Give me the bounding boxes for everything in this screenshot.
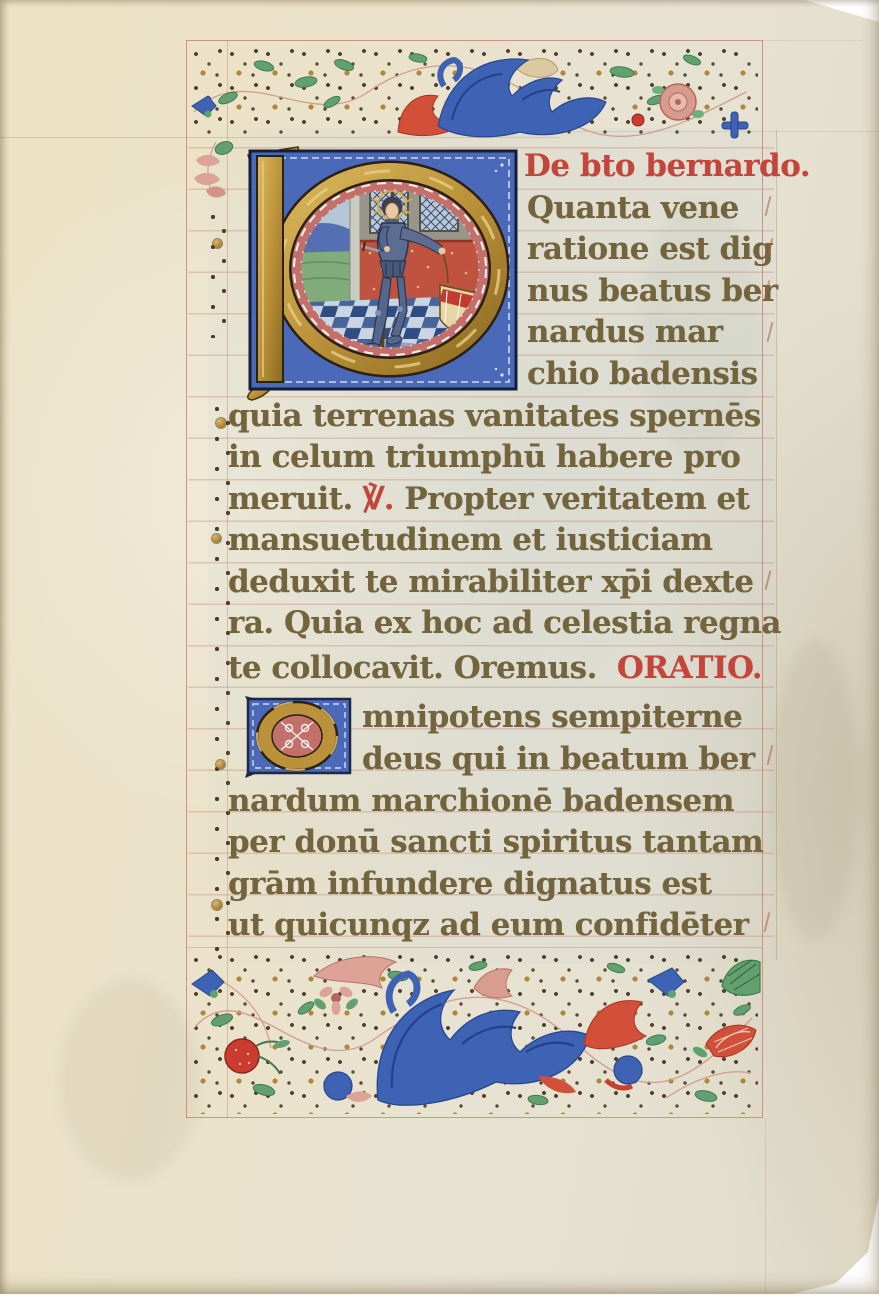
- text-line: mnipotens sempiterne: [362, 699, 742, 735]
- face: [386, 203, 399, 219]
- text-line: quia terrenas vanitates spernēs: [228, 398, 761, 434]
- initial-O-graphic: [243, 694, 357, 780]
- text-line: nardum marchionē badensem: [228, 783, 734, 819]
- fan-flower-icon: [691, 1025, 756, 1059]
- line-filler: [767, 745, 773, 765]
- gold-bezant: [212, 534, 221, 543]
- text-line: Quanta vene: [527, 190, 739, 226]
- hand: [439, 248, 446, 255]
- page-leaf: De bto bernardo. Quanta vene ratione est…: [0, 0, 879, 1294]
- text-line: in celum triumphū habere pro: [228, 439, 741, 475]
- parchment-stain: [60, 980, 200, 1180]
- strawberry-icon: [225, 1039, 291, 1074]
- rose-icon: [652, 84, 704, 120]
- text-line: deus qui in beatum ber: [362, 741, 755, 777]
- pink-bud-icon: [474, 969, 512, 998]
- text-line: nardus mar: [527, 314, 723, 350]
- gold-bezant: [216, 418, 226, 428]
- bottom-border-foliage: [186, 948, 762, 1118]
- versicle-mark: ℣.: [363, 481, 394, 517]
- cornflower-icon: [192, 970, 224, 998]
- line-filler: [765, 570, 771, 590]
- gold-bezant: [213, 239, 222, 248]
- ruling-extension: [765, 1118, 766, 1294]
- knee-poleyn: [397, 306, 403, 312]
- oratio-rubric: ORATIO.: [617, 650, 762, 686]
- pink-acanthus-icon: [314, 957, 396, 988]
- line-filler: [767, 322, 773, 342]
- line-filler: [765, 196, 771, 216]
- text-line: ratione est dig: [527, 231, 773, 267]
- acanthus-curl: [440, 60, 460, 86]
- text-line: mansuetudinem et iusticiam: [228, 522, 713, 558]
- rubric-heading: De bto bernardo.: [524, 148, 810, 184]
- ruling-frame-right: [762, 40, 763, 1118]
- blue-berry-icon: [614, 1056, 642, 1084]
- historiated-initial-D: D: [242, 141, 524, 401]
- pink-flower-icon: [312, 985, 360, 1015]
- text-line-versicle: meruit. ℣. Propter veritatem et: [228, 481, 749, 517]
- initial-D-miniature: [242, 141, 524, 401]
- green-shell-flower-icon: [722, 960, 760, 995]
- parchment-stain: [770, 640, 860, 940]
- versicle-before: meruit.: [228, 481, 353, 517]
- text-line: nus beatus ber: [527, 273, 778, 309]
- text-line: ra. Quia ex hoc ad celestia regna: [228, 605, 781, 641]
- top-border-foliage: [186, 40, 762, 140]
- decorated-initial-O: O: [243, 694, 357, 780]
- knee-poleyn: [375, 310, 381, 316]
- closing-text: te collocavit. Oremus.: [228, 650, 597, 686]
- gold-bezant: [216, 760, 225, 769]
- gold-letter-stem: [258, 157, 282, 381]
- red-berry-icon: [632, 114, 644, 126]
- red-acanthus-icon: [584, 1001, 646, 1049]
- ruling-text-right: [776, 130, 777, 960]
- text-line: ut quicunqz ad eum confidēter: [228, 907, 749, 943]
- hand: [384, 246, 390, 252]
- cornflower-icon: [192, 96, 216, 118]
- cornflower-icon: [648, 968, 684, 998]
- pink-sprig-icon: [186, 138, 246, 218]
- gold-bezant: [212, 900, 222, 910]
- red-crescent: [538, 1076, 576, 1093]
- line-filler: [764, 912, 770, 932]
- text-line: grām infundere dignatus est: [228, 866, 712, 902]
- text-line: deduxit te mirabiliter xp̄i dexte: [228, 564, 754, 600]
- blue-cross-flower-icon: [722, 112, 748, 138]
- text-line: chio badensis: [527, 356, 758, 392]
- ruling-extension: [762, 40, 862, 41]
- margin-dots: [206, 208, 232, 338]
- text-line: per donū sancti spiritus tantam: [228, 824, 763, 860]
- manuscript-photo: De bto bernardo. Quanta vene ratione est…: [0, 0, 879, 1300]
- text-line-closing: te collocavit. Oremus.ORATIO.: [228, 650, 762, 686]
- versicle-after: Propter veritatem et: [404, 481, 749, 517]
